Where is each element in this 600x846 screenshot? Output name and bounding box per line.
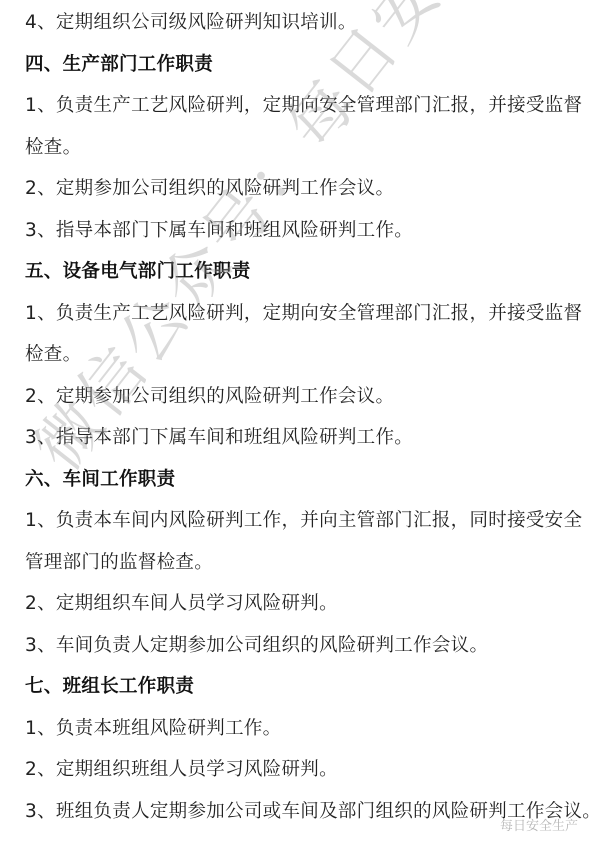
list-item: 2、定期参加公司组织的风险研判工作会议。 [25, 376, 595, 418]
section-heading-team-leader: 七、班组长工作职责 [25, 666, 595, 708]
list-item: 2、定期组织班组人员学习风险研判。 [25, 749, 595, 791]
section-heading-workshop: 六、车间工作职责 [25, 459, 595, 501]
section-heading-production: 四、生产部门工作职责 [25, 44, 595, 86]
list-item-continuation: 管理部门的监督检查。 [25, 542, 595, 584]
list-item-continuation: 检查。 [25, 127, 595, 169]
corner-logo-watermark: 每日安全生产 [500, 815, 578, 834]
list-item: 1、负责本车间内风险研判工作，并向主管部门汇报，同时接受安全 [25, 500, 595, 542]
list-item: 3、指导本部门下属车间和班组风险研判工作。 [25, 210, 595, 252]
list-item: 1、负责生产工艺风险研判，定期向安全管理部门汇报，并接受监督 [25, 85, 595, 127]
list-item-continuation: 检查。 [25, 334, 595, 376]
document-body: 4、定期组织公司级风险研判知识培训。 四、生产部门工作职责 1、负责生产工艺风险… [25, 2, 595, 832]
list-item: 1、负责本班组风险研判工作。 [25, 708, 595, 750]
list-item: 3、车间负责人定期参加公司组织的风险研判工作会议。 [25, 625, 595, 667]
list-item: 2、定期参加公司组织的风险研判工作会议。 [25, 168, 595, 210]
list-item: 4、定期组织公司级风险研判知识培训。 [25, 2, 595, 44]
list-item: 3、指导本部门下属车间和班组风险研判工作。 [25, 417, 595, 459]
list-item: 2、定期组织车间人员学习风险研判。 [25, 583, 595, 625]
list-item: 1、负责生产工艺风险研判，定期向安全管理部门汇报，并接受监督 [25, 293, 595, 335]
section-heading-equipment: 五、设备电气部门工作职责 [25, 251, 595, 293]
